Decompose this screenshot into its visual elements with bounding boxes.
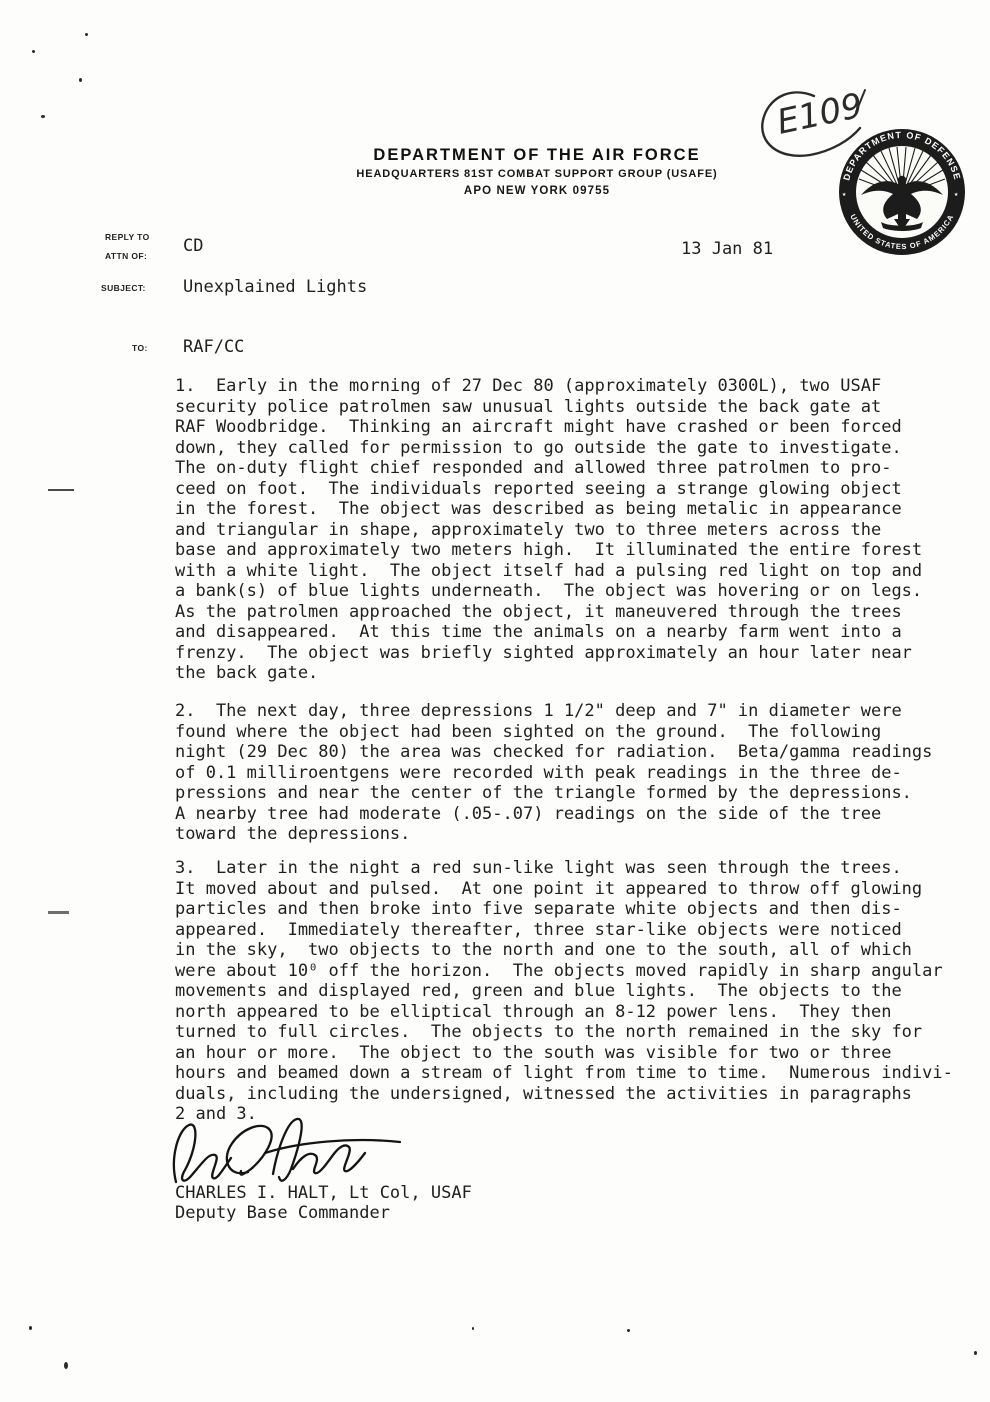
scan-speck	[29, 1326, 32, 1330]
to-label: TO:	[132, 344, 148, 354]
scanned-memo-page: { "annotation": { "mark": "E109" }, "let…	[0, 0, 990, 1402]
scan-speck	[64, 1362, 68, 1369]
letterhead-title: DEPARTMENT OF THE AIR FORCE	[373, 146, 700, 165]
margin-dash	[48, 489, 74, 491]
signature-name: CHARLES I. HALT, Lt Col, USAF	[175, 1183, 472, 1204]
scan-speck	[85, 33, 88, 36]
reply-to-label-line2: ATTN OF:	[105, 251, 147, 261]
paragraph-2: 2. The next day, three depressions 1 1/2…	[175, 701, 932, 845]
subject-label: SUBJECT:	[101, 284, 146, 294]
reply-to-label: REPLY TO ATTN OF:	[105, 233, 150, 262]
signature-title: Deputy Base Commander	[175, 1203, 390, 1224]
date: 13 Jan 81	[681, 239, 773, 260]
paragraph-3: 3. Later in the night a red sun-like lig…	[175, 858, 953, 1125]
reply-to-value: CD	[183, 236, 203, 257]
department-of-defense-seal-icon: DEPARTMENT OF DEFENSE UNITED STATES OF A…	[837, 127, 967, 257]
to-value: RAF/CC	[183, 337, 244, 358]
scan-speck	[472, 1327, 474, 1330]
letterhead-address: APO NEW YORK 09755	[464, 185, 610, 197]
scan-speck	[79, 78, 82, 82]
scan-speck	[627, 1329, 630, 1332]
reply-to-label-line1: REPLY TO	[105, 232, 150, 242]
scan-speck	[974, 1351, 977, 1355]
margin-dash	[48, 911, 69, 914]
paragraph-1: 1. Early in the morning of 27 Dec 80 (ap…	[175, 376, 922, 684]
scan-speck	[41, 115, 45, 118]
letterhead-subtitle: HEADQUARTERS 81ST COMBAT SUPPORT GROUP (…	[356, 168, 717, 180]
scan-speck	[32, 50, 35, 53]
subject-value: Unexplained Lights	[183, 277, 367, 298]
